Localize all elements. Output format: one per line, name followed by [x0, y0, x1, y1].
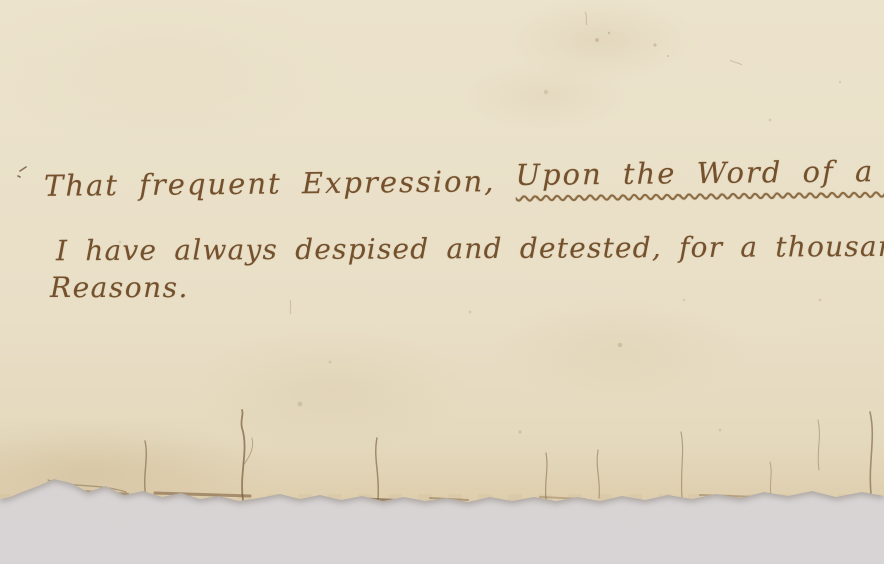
- handwriting-line-2: I have always despised and detested, for…: [56, 230, 884, 268]
- manuscript-page: That frequent Expression, Upon the Word …: [0, 0, 884, 564]
- paper-shadow-wrap: That frequent Expression, Upon the Word …: [0, 0, 884, 564]
- line1-underlined-phrase: Upon the Word of a King: [515, 153, 884, 192]
- photo-of-manuscript: That frequent Expression, Upon the Word …: [0, 0, 884, 564]
- handwriting-line-3: Reasons.: [50, 271, 189, 304]
- torn-edge-texture: [0, 494, 884, 564]
- line1-prefix: That frequent Expression,: [44, 164, 516, 203]
